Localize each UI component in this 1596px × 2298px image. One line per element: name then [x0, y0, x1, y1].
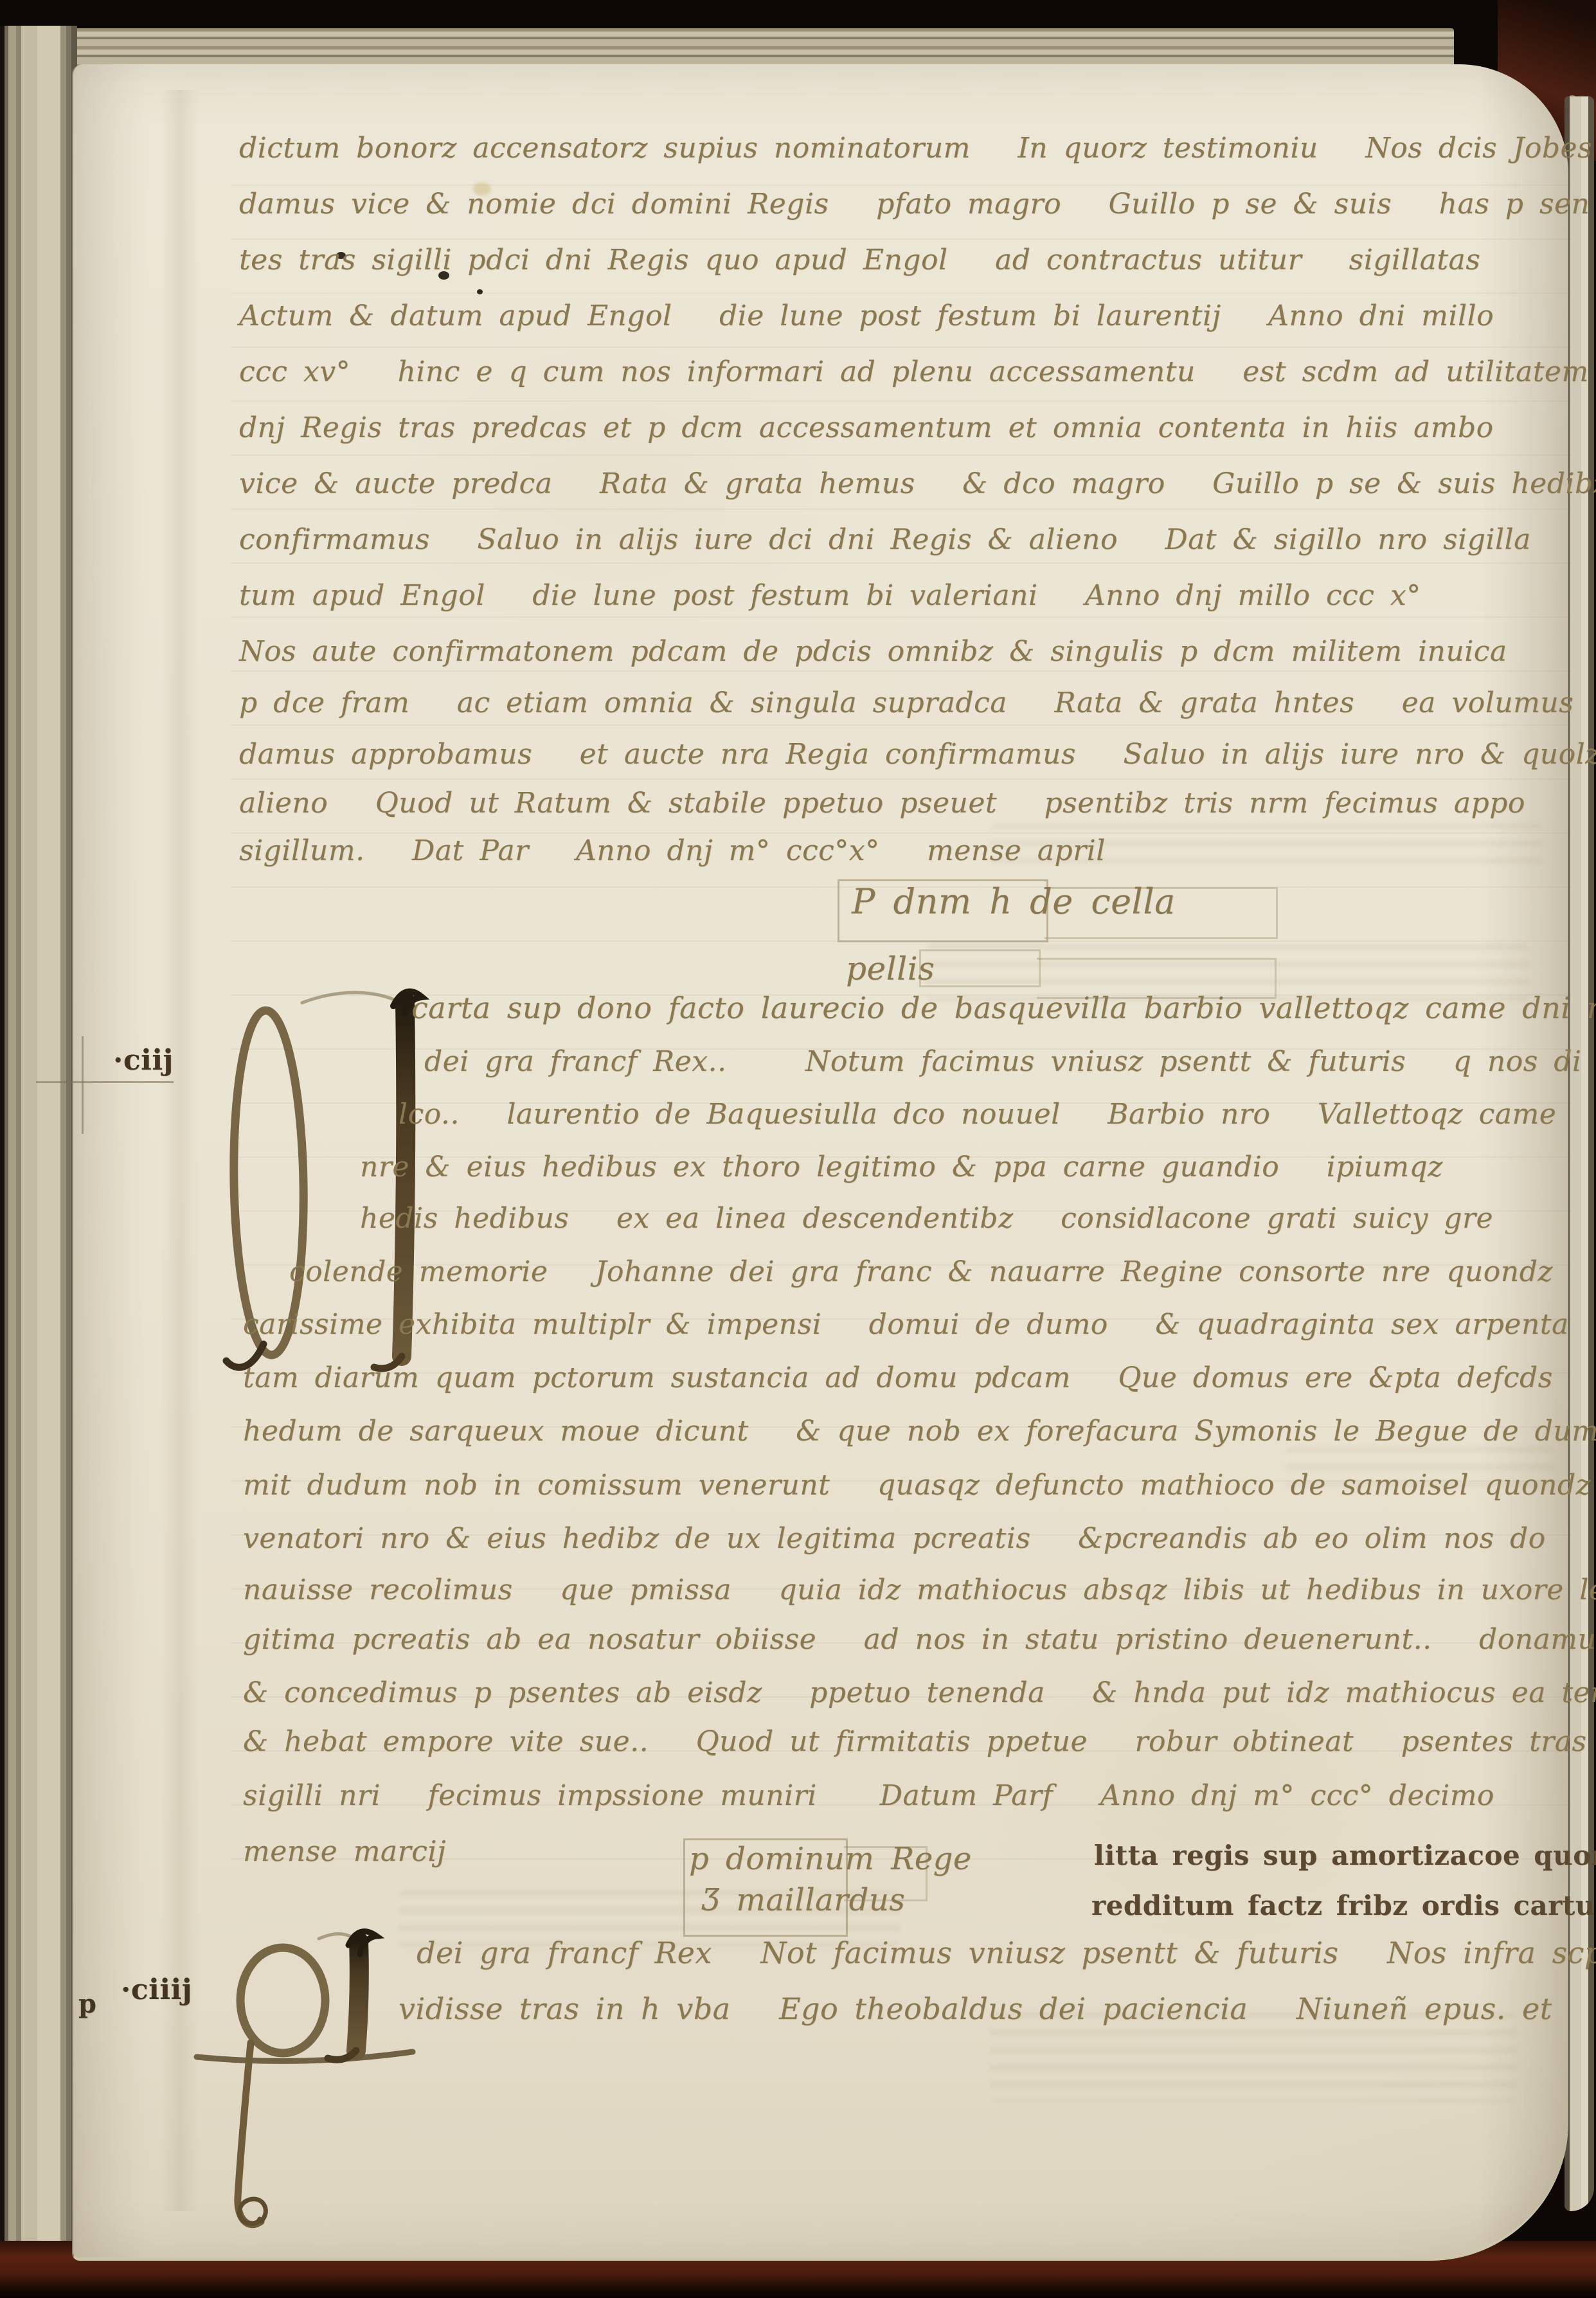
folio-prefix-2: p [78, 1991, 96, 2017]
manuscript-line: vidisse tras in h vba Ego theobaldus dei… [399, 1994, 1552, 2024]
gutter-shadow [161, 90, 199, 2211]
manuscript-line: mense marcij [243, 1838, 446, 1866]
ruling-cross-vertical [82, 1036, 84, 1134]
manuscript-line: gitima pcreatis ab ea nosatur obiisse ad… [243, 1626, 1596, 1654]
manuscript-line: ccc xv° hinc e q cum nos informari ad pl… [239, 358, 1589, 386]
chancery-subscription-2a: p dominum Rege [689, 1844, 972, 1874]
folio-number-2: ·ciiij [121, 1976, 192, 2004]
manuscript-line: Nos aute confirmatonem pdcam de pdcis om… [239, 638, 1507, 666]
page-edges-left [0, 26, 77, 2259]
manuscript-line: hedis hedibus ex ea linea descendentibz … [360, 1205, 1493, 1233]
ink-speck [477, 289, 483, 294]
chancery-subscription-1b: pellis [846, 953, 935, 985]
manuscript-line: & hebat empore vite sue.. Quod ut firmit… [243, 1728, 1587, 1756]
ruling-cross-horizontal [36, 1081, 174, 1083]
manuscript-line: & concedimus p psentes ab eisdz ppetuo t… [243, 1679, 1596, 1707]
manuscript-line: colende memorie Johanne dei gra franc & … [289, 1258, 1553, 1286]
subscription-box-pellis [919, 949, 1041, 987]
parchment-mottling [964, 1543, 1478, 1993]
manuscript-line: dei gra francf Rex Not facimus vniusz ps… [417, 1938, 1596, 1968]
decorated-initial-ph-2 [186, 1928, 444, 2259]
side-note-line2: redditum factz fribz ordis cartusieñ [1091, 1892, 1596, 1919]
manuscript-line: tam diarum quam pctorum sustancia ad dom… [243, 1364, 1553, 1392]
manuscript-line: hedum de sarqueux moue dicunt & que nob … [243, 1417, 1596, 1446]
manuscript-line: damus vice & nomie dci domini Regis pfat… [239, 190, 1590, 219]
manuscript-line: mit dudum nob in comissum venerunt quasq… [243, 1471, 1591, 1500]
manuscript-line: dnj Regis tras predcas et p dcm accessam… [239, 414, 1494, 442]
manuscript-line: dictum bonorz accensatorz supius nominat… [239, 134, 1592, 163]
manuscript-line: lco.. laurentio de Baquesiulla dco nouue… [399, 1100, 1556, 1129]
manuscript-line: damus approbamus et aucte nra Regia conf… [239, 741, 1596, 769]
side-note-line1: litta regis sup amortizacoe quorumdz [1094, 1842, 1596, 1869]
charter1-heading: carta sup dono facto laurecio de basquev… [411, 993, 1596, 1023]
manuscript-line: p dce fram ac etiam omnia & singula supr… [239, 689, 1596, 717]
manuscript-line: nauisse recolimus que pmissa quia idz ma… [243, 1576, 1596, 1604]
manuscript-line: tum apud Engol die lune post festum bi v… [239, 582, 1421, 610]
manuscript-line: alieno Quod ut Ratum & stabile ppetuo ps… [239, 789, 1525, 818]
manuscript-line: dei gra francf Rex.. Notum facimus vnius… [424, 1048, 1582, 1076]
manuscript-line: carissime exhibita multiplr & impensi do… [243, 1311, 1569, 1339]
manuscript-photo: ·ciij dictum bonorz accensatorz supius n… [0, 0, 1596, 2298]
manuscript-line: sigillum. Dat Par Anno dnj m° ccc°x° men… [239, 837, 1106, 865]
manuscript-line: Actum & datum apud Engol die lune post f… [239, 302, 1494, 330]
manuscript-line: tes tras sigilli pdci dni Regis quo apud… [239, 246, 1480, 274]
manuscript-line: venatori nro & eius hedibz de ux legitim… [243, 1525, 1546, 1553]
manuscript-line: confirmamus Saluo in alijs iure dci dni … [239, 526, 1531, 554]
manuscript-line: vice & aucte predca Rata & grata hemus &… [239, 470, 1596, 498]
chancery-subscription-2b: Ʒ maillardus [702, 1885, 905, 1916]
manuscript-line: sigilli nri fecimus impssione muniri Dat… [243, 1782, 1494, 1810]
manuscript-line: nre & eius hedibus ex thoro legitimo & p… [360, 1153, 1443, 1181]
folio-number-1: ·ciij [113, 1046, 174, 1075]
chancery-subscription-1: P dnm h de cella [852, 884, 1176, 919]
